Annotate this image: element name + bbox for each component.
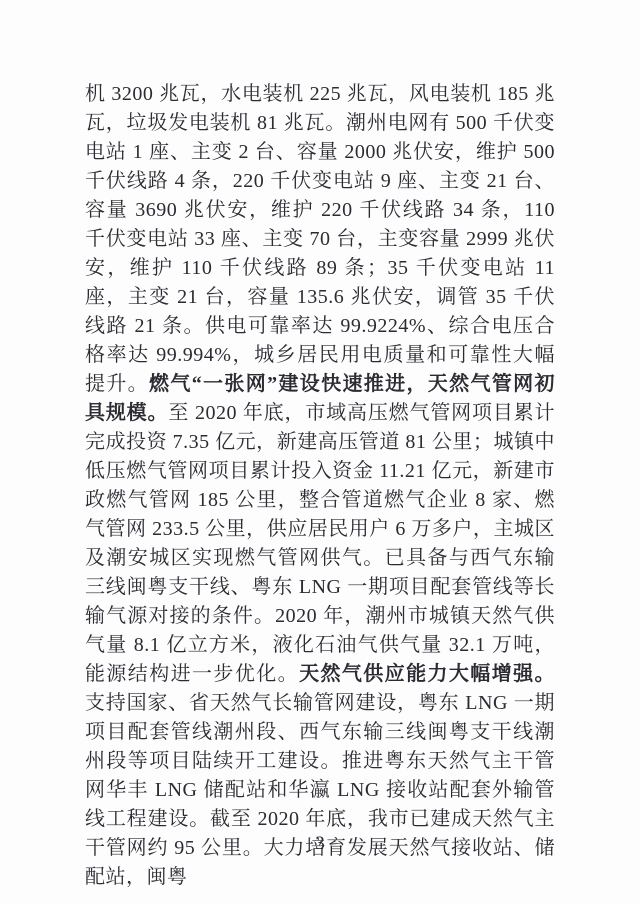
text-run-gas-supply-detail: 支持国家、省天然气长输管网建设，粤东 LNG 一期项目配套管线潮州段、西气东输三… <box>85 692 555 888</box>
document-page: 机 3200 兆瓦，水电装机 225 兆瓦，风电装机 185 兆瓦，垃圾发电装机… <box>0 0 640 905</box>
text-run-heading-gas-supply: 天然气供应能力大幅增强。 <box>299 663 555 685</box>
body-paragraph: 机 3200 兆瓦，水电装机 225 兆瓦，风电装机 185 兆瓦，垃圾发电装机… <box>85 80 555 892</box>
text-run-electric-grid: 机 3200 兆瓦，水电装机 225 兆瓦，风电装机 185 兆瓦，垃圾发电装机… <box>85 83 555 395</box>
page-number: 3 <box>0 833 640 855</box>
text-run-gas-network-detail: 至 2020 年底，市域高压燃气管网项目累计完成投资 7.35 亿元，新建高压管… <box>85 402 555 685</box>
